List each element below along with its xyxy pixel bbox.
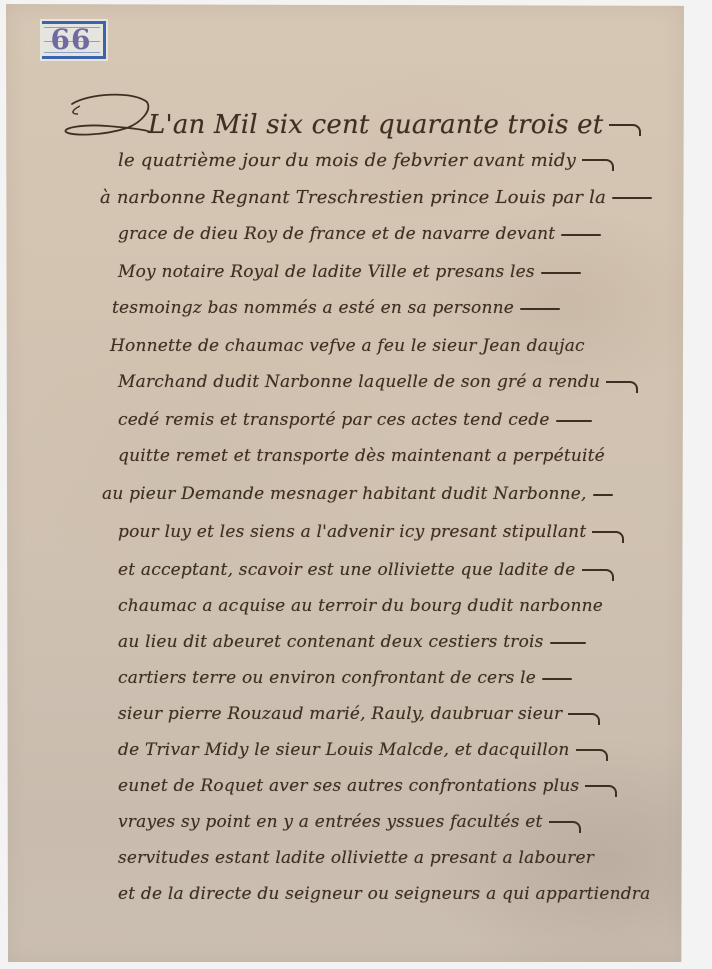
- manuscript-line: cartiers terre ou environ confrontant de…: [118, 668, 572, 688]
- manuscript-text-body: L'an Mil six cent quarante trois et le q…: [0, 0, 712, 969]
- line-end-flourish: [609, 124, 641, 136]
- manuscript-line: Moy notaire Royal de ladite Ville et pre…: [118, 262, 581, 282]
- manuscript-line: vrayes sy point en y a entrées yssues fa…: [118, 812, 581, 832]
- line-end-flourish: [592, 531, 624, 543]
- line-end-flourish: [606, 381, 638, 393]
- manuscript-line: Marchand dudit Narbonne laquelle de son …: [118, 372, 638, 392]
- manuscript-line: et de la directe du seigneur ou seigneur…: [118, 884, 650, 904]
- manuscript-line: de Trivar Midy le sieur Louis Malcde, et…: [118, 740, 608, 760]
- manuscript-line: au pieur Demande mesnager habitant dudit…: [102, 484, 613, 504]
- manuscript-line: à narbonne Regnant Treschrestien prince …: [100, 187, 652, 208]
- line-end-flourish: [568, 713, 600, 725]
- manuscript-line: servitudes estant ladite olliviette a pr…: [118, 848, 594, 868]
- manuscript-line: sieur pierre Rouzaud marié, Rauly, daubr…: [118, 704, 600, 724]
- line-end-filler: [556, 420, 592, 422]
- line-end-filler: [612, 197, 652, 199]
- manuscript-line: tesmoingz bas nommés a esté en sa person…: [112, 298, 560, 318]
- manuscript-line: au lieu dit abeuret contenant deux cesti…: [118, 632, 586, 652]
- line-end-filler: [520, 308, 560, 310]
- line-end-flourish: [585, 785, 617, 797]
- line-end-flourish: [549, 821, 581, 833]
- line-end-filler: [593, 494, 613, 496]
- manuscript-line: et acceptant, scavoir est une olliviette…: [118, 560, 614, 580]
- manuscript-line: Honnette de chaumac vefve a feu le sieur…: [110, 336, 585, 356]
- line-end-filler: [550, 642, 586, 644]
- line-end-filler: [542, 678, 572, 680]
- manuscript-line: quitte remet et transporte dès maintenan…: [118, 446, 605, 466]
- line-end-flourish: [582, 569, 614, 581]
- document-page-frame: 66 L'an Mil six cent quarante trois et l…: [0, 0, 712, 969]
- manuscript-line: L'an Mil six cent quarante trois et: [148, 110, 641, 140]
- manuscript-line: grace de dieu Roy de france et de navarr…: [118, 224, 601, 244]
- line-end-flourish: [576, 749, 608, 761]
- line-end-filler: [561, 234, 601, 236]
- line-end-flourish: [582, 159, 614, 171]
- manuscript-line: eunet de Roquet aver ses autres confront…: [118, 776, 617, 796]
- manuscript-line: pour luy et les siens a l'advenir icy pr…: [118, 522, 624, 542]
- manuscript-line: chaumac a acquise au terroir du bourg du…: [118, 596, 603, 616]
- line-end-filler: [541, 272, 581, 274]
- manuscript-line: cedé remis et transporté par ces actes t…: [118, 410, 592, 430]
- manuscript-line: le quatrième jour du mois de febvrier av…: [118, 150, 614, 171]
